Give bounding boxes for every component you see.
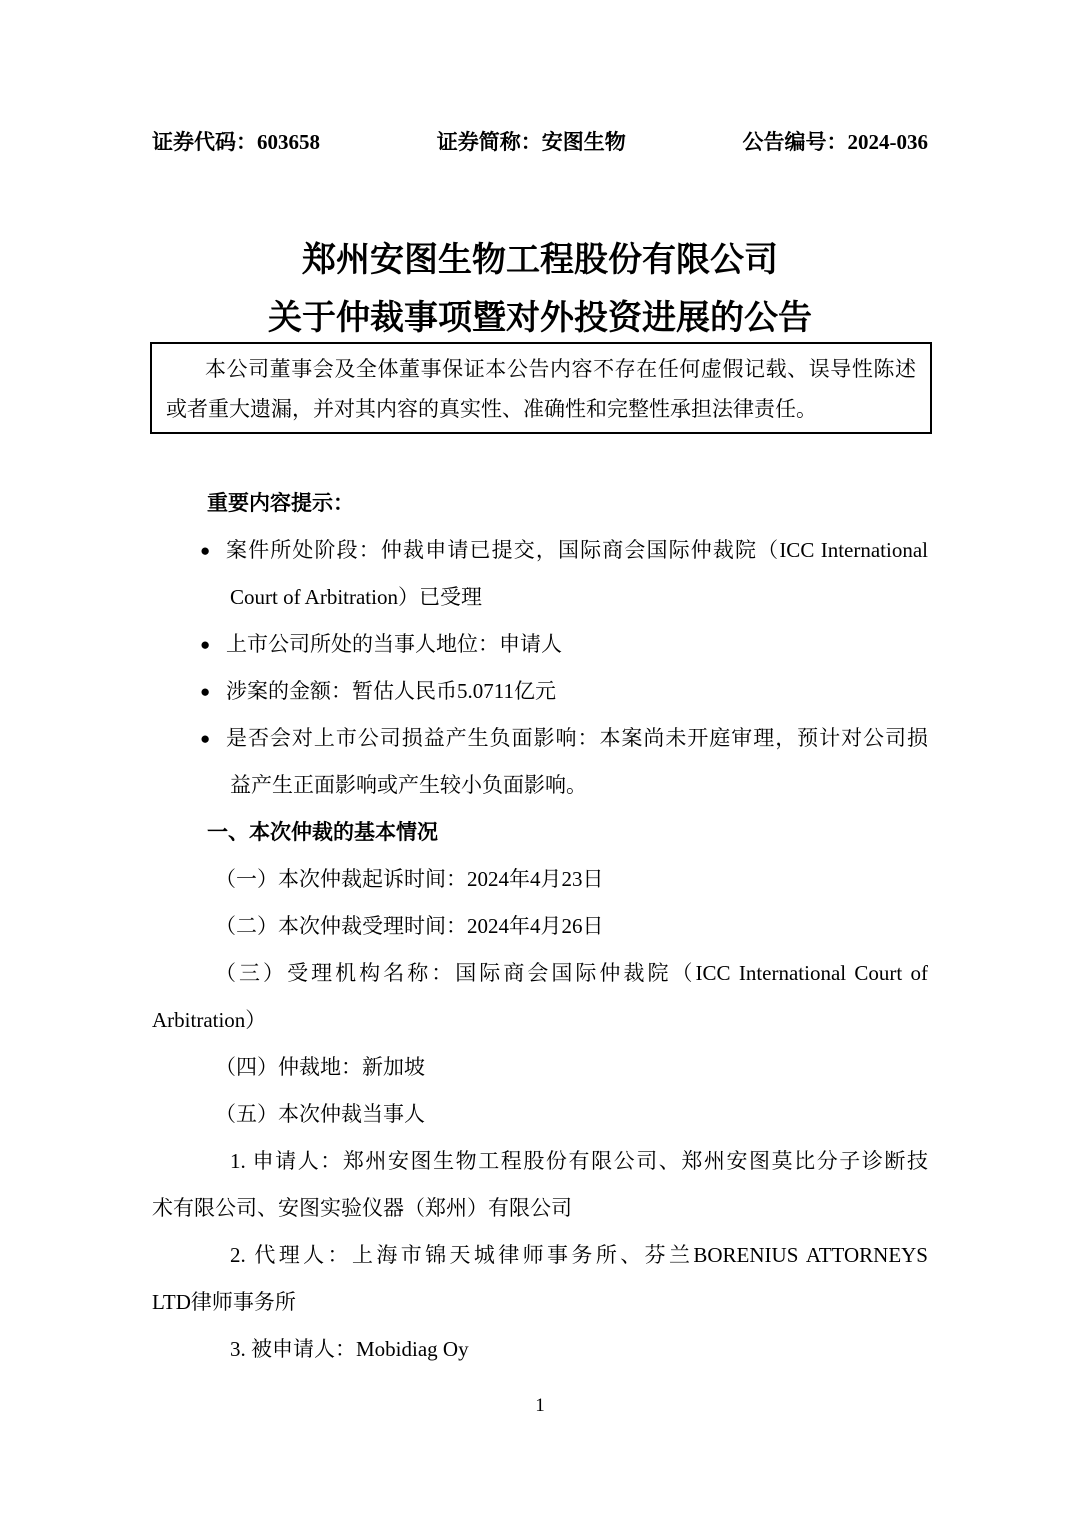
section-item: （三）受理机构名称：国际商会国际仲裁院（ICC International Co… — [152, 950, 928, 997]
page-number: 1 — [152, 1391, 928, 1421]
disclaimer-line: 本公司董事会及全体董事保证本公告内容不存在任何虚假记载、误导性陈述 — [166, 349, 916, 389]
section-heading: 一、本次仲裁的基本情况 — [152, 809, 928, 856]
document-title: 郑州安图生物工程股份有限公司 关于仲裁事项暨对外投资进展的公告 — [152, 232, 928, 348]
bullet-icon: ● — [200, 668, 210, 715]
section-item: （二）本次仲裁受理时间：2024年4月26日 — [152, 903, 928, 950]
document-body: 重要内容提示： ●案件所处阶段：仲裁申请已提交，国际商会国际仲裁院（ICC In… — [152, 480, 928, 1373]
notice-heading: 重要内容提示： — [152, 480, 928, 527]
disclaimer-box: 本公司董事会及全体董事保证本公告内容不存在任何虚假记载、误导性陈述 或者重大遗漏… — [150, 342, 932, 434]
section-item: 2. 代理人：上海市锦天城律师事务所、芬兰BORENIUS ATTORNEYS — [152, 1232, 928, 1279]
section-item: 3. 被申请人：Mobidiag Oy — [152, 1326, 928, 1373]
bullet-icon: ● — [200, 621, 210, 668]
section-item: 1. 申请人：郑州安图生物工程股份有限公司、郑州安图莫比分子诊断技 — [152, 1138, 928, 1185]
section-item: （四）仲裁地：新加坡 — [152, 1044, 928, 1091]
bullet-item: ●上市公司所处的当事人地位：申请人 — [152, 621, 928, 668]
announcement-page: 证券代码：603658 证券简称：安图生物 公告编号：2024-036 郑州安图… — [0, 0, 1080, 1527]
section-item: （一）本次仲裁起诉时间：2024年4月23日 — [152, 856, 928, 903]
bullet-text: 是否会对上市公司损益产生负面影响：本案尚未开庭审理，预计对公司损 — [226, 726, 928, 750]
bullet-item-continuation: 益产生正面影响或产生较小负面影响。 — [152, 762, 928, 809]
bullet-text: 涉案的金额：暂估人民币5.0711亿元 — [226, 679, 556, 703]
stock-code: 证券代码：603658 — [152, 130, 320, 154]
bullet-text: 案件所处阶段：仲裁申请已提交，国际商会国际仲裁院（ICC Internation… — [226, 538, 928, 562]
section-item-continuation: 术有限公司、安图实验仪器（郑州）有限公司 — [152, 1185, 928, 1232]
section-item: （五）本次仲裁当事人 — [152, 1091, 928, 1138]
title-line-1: 郑州安图生物工程股份有限公司 — [152, 232, 928, 290]
bullet-item: ●涉案的金额：暂估人民币5.0711亿元 — [152, 668, 928, 715]
section-item-continuation: Arbitration） — [152, 997, 928, 1044]
bullet-item-continuation: Court of Arbitration）已受理 — [152, 574, 928, 621]
section-item-continuation: LTD律师事务所 — [152, 1279, 928, 1326]
stock-name: 证券简称：安图生物 — [437, 130, 626, 154]
title-line-2: 关于仲裁事项暨对外投资进展的公告 — [152, 290, 928, 348]
announcement-number: 公告编号：2024-036 — [743, 130, 929, 154]
disclaimer-line: 或者重大遗漏，并对其内容的真实性、准确性和完整性承担法律责任。 — [166, 389, 916, 429]
bullet-item: ●案件所处阶段：仲裁申请已提交，国际商会国际仲裁院（ICC Internatio… — [152, 527, 928, 574]
bullet-icon: ● — [200, 715, 210, 762]
bullet-icon: ● — [200, 527, 210, 574]
document-header: 证券代码：603658 证券简称：安图生物 公告编号：2024-036 — [152, 130, 928, 154]
bullet-item: ●是否会对上市公司损益产生负面影响：本案尚未开庭审理，预计对公司损 — [152, 715, 928, 762]
bullet-text: 上市公司所处的当事人地位：申请人 — [226, 632, 562, 656]
